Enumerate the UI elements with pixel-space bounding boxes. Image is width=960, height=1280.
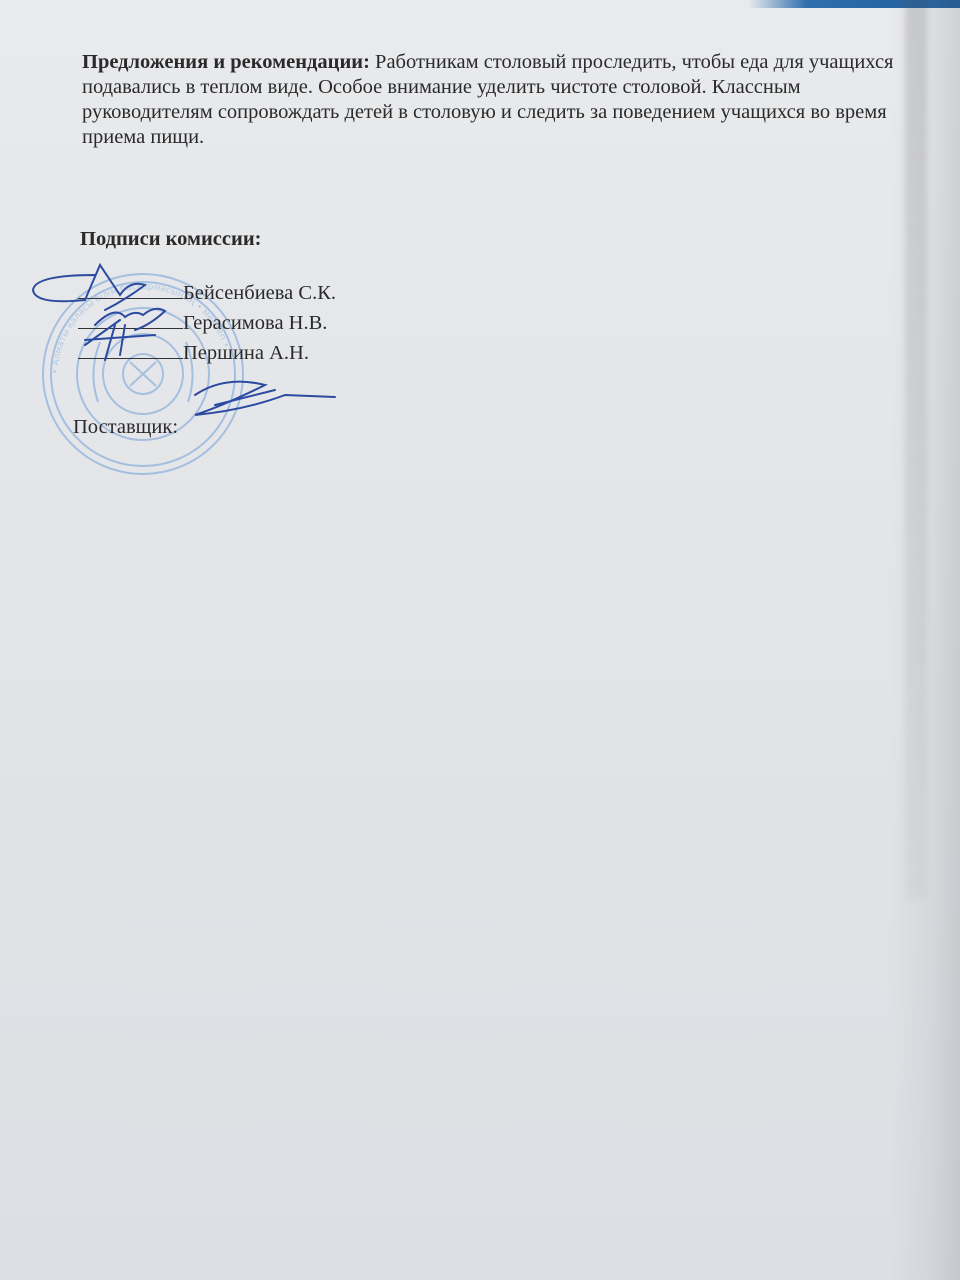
signature-blank [78,340,183,359]
recommendations-label: Предложения и рекомендации: [82,51,370,73]
signature-blank [78,310,183,329]
signature-blank [78,280,183,299]
member-name: Герасимова Н.В. [183,312,327,334]
signature-line-1: Бейсенбиева С.К. [78,280,336,305]
member-name: Бейсенбиева С.К. [183,282,336,304]
recommendations-paragraph: Предложения и рекомендации: Работникам с… [82,50,932,150]
signature-line-3: Першина А.Н. [78,340,309,365]
top-edge-band [0,0,960,8]
member-name: Першина А.Н. [183,342,309,364]
signatures-title: Подписи комиссии: [80,228,261,251]
signature-line-2: Герасимова Н.В. [78,310,327,335]
supplier-label: Поставщик: [73,416,178,439]
